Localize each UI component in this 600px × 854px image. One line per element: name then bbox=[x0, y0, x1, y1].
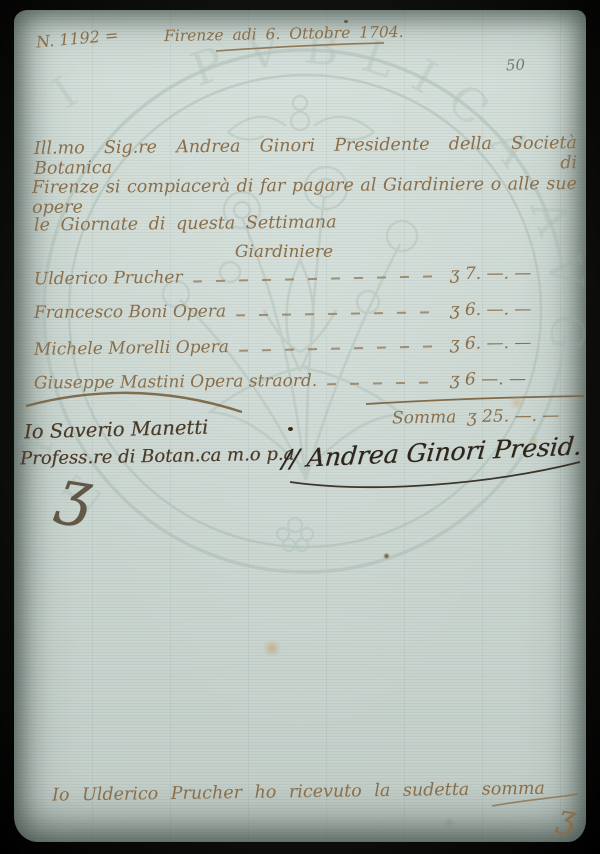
ledger-row: Francesco Boni Opera ʒ 6. —. — bbox=[34, 299, 578, 333]
body-line-3: le Giornate di questa Settimana bbox=[34, 212, 337, 235]
ink-speck bbox=[288, 427, 293, 431]
amount: ʒ 7. —. — bbox=[450, 263, 578, 285]
total-label: Somma bbox=[392, 407, 457, 428]
amount: ʒ 6. —. — bbox=[450, 299, 578, 320]
worker-name: Michele Morelli Opera bbox=[34, 337, 229, 360]
body-line-2: Firenze si compiacerà di far pagare al G… bbox=[32, 174, 577, 218]
signer-left-name: Io Saverio Manetti bbox=[24, 416, 209, 444]
document-scan: PVBLICA AVG I P E N. 1192 = Fire bbox=[0, 0, 600, 854]
page-number: 50 bbox=[506, 56, 526, 75]
dash-leader bbox=[239, 345, 442, 352]
fox-spot bbox=[383, 553, 390, 559]
dash-leader bbox=[327, 381, 442, 385]
dash-leader bbox=[193, 275, 442, 282]
fox-stain bbox=[508, 396, 526, 409]
fox-stain bbox=[262, 640, 282, 657]
dash-leader bbox=[236, 311, 442, 316]
total-amount: ʒ 25. —. — bbox=[467, 406, 560, 428]
worker-name: Giuseppe Mastini Opera straord. bbox=[34, 371, 317, 393]
ink-speck bbox=[344, 20, 348, 23]
worker-name: Francesco Boni Opera bbox=[34, 302, 226, 323]
ledger-row: Giuseppe Mastini Opera straord. ʒ 6 —. — bbox=[34, 369, 578, 404]
signature-prefix: // bbox=[281, 444, 301, 474]
fox-stain bbox=[528, 436, 540, 445]
smudge bbox=[442, 818, 456, 828]
section-heading: Giardiniere bbox=[154, 242, 414, 262]
amount: ʒ 6 —. — bbox=[450, 369, 578, 390]
manuscript-page: PVBLICA AVG I P E N. 1192 = Fire bbox=[14, 10, 586, 842]
total-line: Somma ʒ 25. —. — bbox=[392, 406, 560, 429]
amount: ʒ 6. —. — bbox=[450, 332, 578, 354]
worker-name: Ulderico Prucher bbox=[34, 268, 183, 290]
body-line-1: Ill.mo Sig.re Andrea Ginori Presidente d… bbox=[34, 133, 577, 179]
